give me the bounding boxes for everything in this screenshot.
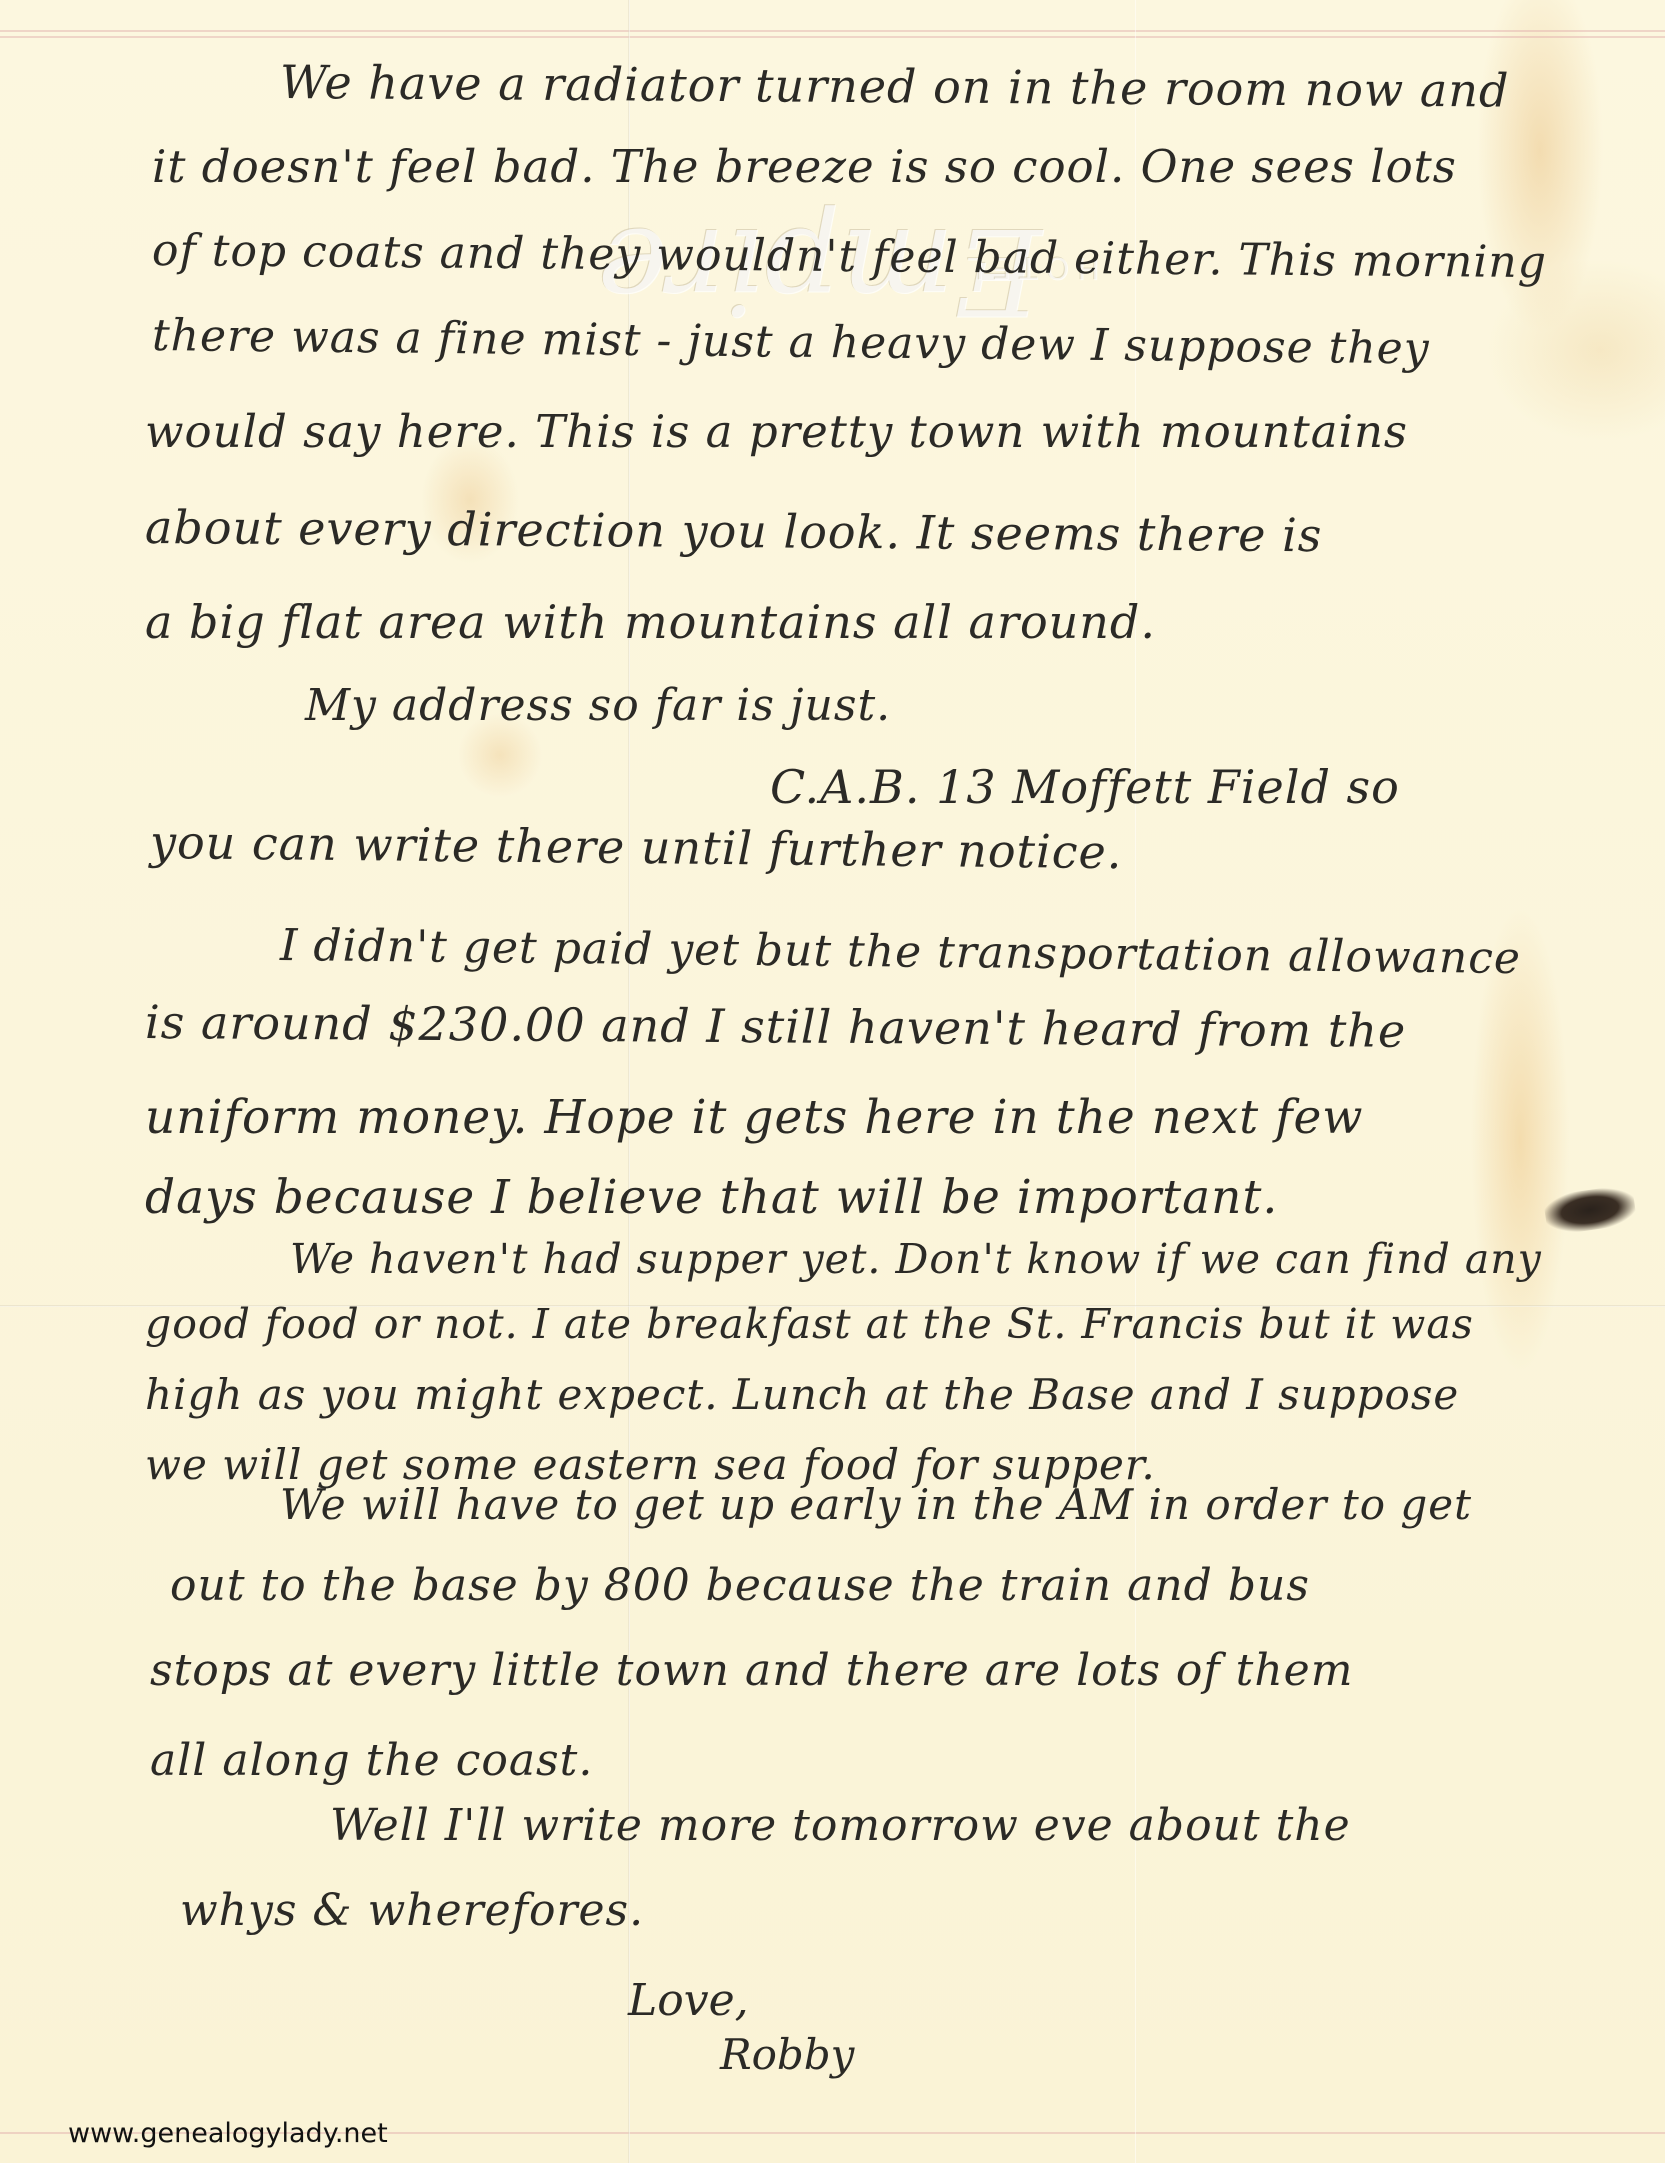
- ink-blot: [1543, 1184, 1638, 1236]
- letter-line: out to the base by 800 because the train…: [170, 1560, 1310, 1611]
- letter-line: We have a radiator turned on in the room…: [280, 55, 1510, 118]
- letter-closing: Love,: [628, 1975, 749, 2026]
- letter-line: My address so far is just.: [305, 680, 891, 731]
- letter-line: uniform money. Hope it gets here in the …: [145, 1090, 1364, 1145]
- letter-line: of top coats and they wouldn't feel bad …: [152, 225, 1547, 288]
- letter-line: Well I'll write more tomorrow eve about …: [330, 1800, 1351, 1851]
- letter-line: you can write there until further notice…: [150, 815, 1123, 879]
- letter-line: high as you might expect. Lunch at the B…: [145, 1370, 1459, 1419]
- letter-line-address: C.A.B. 13 Moffett Field so: [770, 760, 1400, 814]
- letter-line-amount: is around $230.00 and I still haven't he…: [145, 995, 1407, 1058]
- letter-line: I didn't get paid yet but the transporta…: [280, 920, 1521, 984]
- letter-line: it doesn't feel bad. The breeze is so co…: [152, 140, 1457, 193]
- letter-line: stops at every little town and there are…: [150, 1645, 1353, 1696]
- letter-line: whys & wherefores.: [180, 1885, 644, 1936]
- letter-signature: Robby: [720, 2030, 854, 2079]
- letter-line: We will have to get up early in the AM i…: [280, 1480, 1472, 1529]
- letter-line: there was a fine mist - just a heavy dew…: [152, 310, 1430, 374]
- letter-line: would say here. This is a pretty town wi…: [145, 405, 1408, 458]
- letter-line: a big flat area with mountains all aroun…: [145, 595, 1156, 649]
- letter-line: days because I believe that will be impo…: [145, 1170, 1278, 1225]
- letter-body: We have a radiator turned on in the room…: [0, 0, 1665, 2163]
- letter-line: good food or not. I ate breakfast at the…: [145, 1300, 1474, 1348]
- letter-line: all along the coast.: [150, 1735, 593, 1786]
- letter-line: We haven't had supper yet. Don't know if…: [290, 1235, 1542, 1283]
- website-watermark: www.genealogylady.net: [68, 2118, 388, 2149]
- letter-line: about every direction you look. It seems…: [145, 500, 1323, 562]
